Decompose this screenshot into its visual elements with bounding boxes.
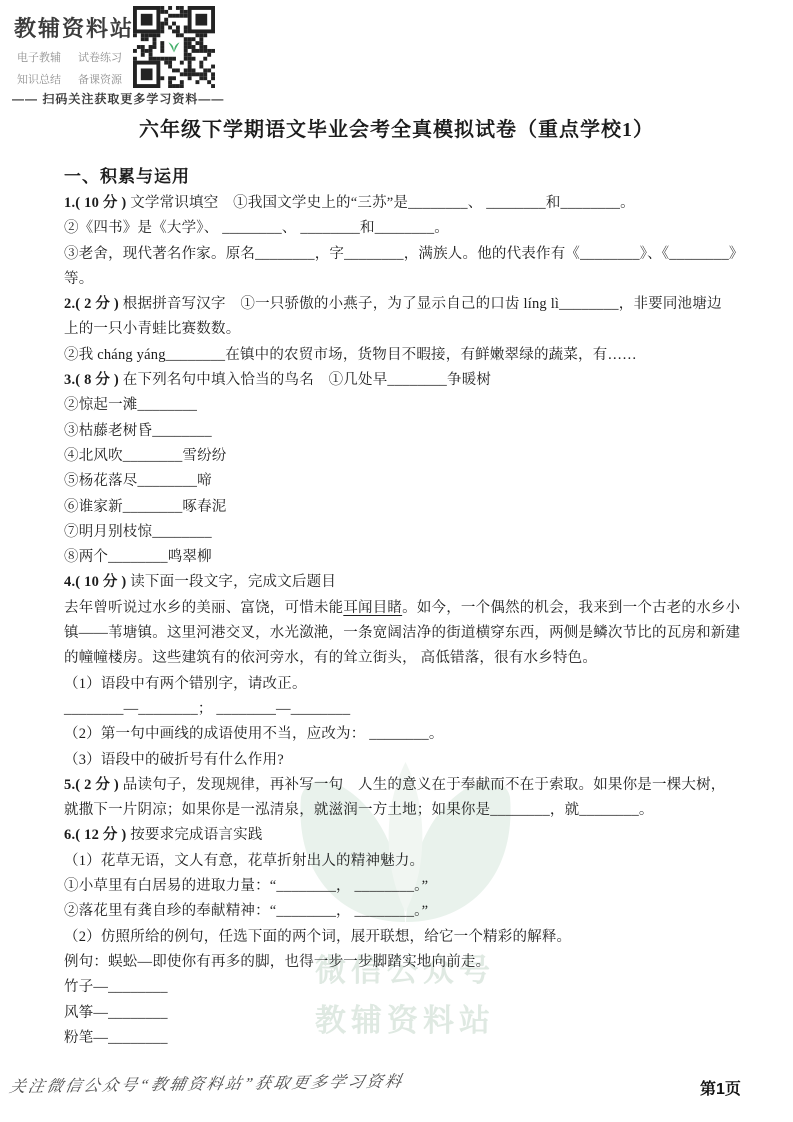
exam-line: ⑧两个________鸣翠柳 xyxy=(64,545,754,570)
text-segment: （1）语段中有两个错别字，请改正。 xyxy=(64,676,307,692)
exam-line: （2）仿照所给的例句，任选下面的两个词，展开联想，给它一个精彩的解释。 xyxy=(64,925,754,950)
section-heading: 一、积累与运用 xyxy=(64,162,190,187)
text-segment: 的幢幢楼房。这些建筑有的依河旁水，有的耸立街头， 高低错落，很有水乡特色。 xyxy=(64,650,597,666)
exam-line: ①小草里有白居易的进取力量：“________， ________。” xyxy=(64,874,754,899)
text-segment: ①小草里有白居易的进取力量：“________， ________。” xyxy=(64,878,428,894)
exam-line: （1）语段中有两个错别字，请改正。 xyxy=(64,672,754,697)
text-segment: ②《四书》是《大学》、 ________、 ________和________。 xyxy=(64,220,449,236)
brand-tag: 试卷练习 xyxy=(78,49,122,65)
text-segment: 。如今，一个偶然的机会，我来到一个古老的水乡小 xyxy=(402,600,740,616)
text-segment: 3.( 8 分 ) xyxy=(64,372,123,388)
text-segment: 镇——苇塘镇。这里河港交叉，水光潋滟，一条宽阔洁净的街道横穿东西，两侧是鳞次节比… xyxy=(64,625,740,641)
text-segment: ⑧两个________鸣翠柳 xyxy=(64,549,212,565)
text-segment: 5.( 2 分 ) xyxy=(64,777,123,793)
text-segment: 粉笔—________ xyxy=(64,1030,168,1046)
scan-tagline: —— 扫码关注获取更多学习资料—— xyxy=(12,90,224,107)
text-segment: 6.( 12 分 ) xyxy=(64,827,130,843)
brand-tag: 电子教辅 xyxy=(17,49,61,65)
underlined-phrase: 耳闻目睹 xyxy=(343,600,402,616)
text-segment: 文学常识填空 ①我国文学史上的“三苏”是________、 ________和_… xyxy=(130,195,635,211)
text-segment: 4.( 10 分 ) xyxy=(64,574,130,590)
text-segment: （2）第一句中画线的成语使用不当，应改为： ________。 xyxy=(64,726,444,742)
text-segment: （3）语段中的破折号有什么作用? xyxy=(64,752,284,768)
text-segment: 上的一只小青蛙比赛数数。 xyxy=(64,321,240,337)
exam-line: ④北风吹________雪纷纷 xyxy=(64,444,754,469)
exam-line: ③老舍，现代著名作家。原名________，字________，满族人。他的代表… xyxy=(64,242,754,267)
exam-line: 2.( 2 分 ) 根据拼音写汉字 ①一只骄傲的小燕子，为了显示自己的口齿 lí… xyxy=(64,292,754,317)
text-segment: 等。 xyxy=(64,271,93,287)
exam-body: 1.( 10 分 ) 文学常识填空 ①我国文学史上的“三苏”是________、… xyxy=(64,191,754,1051)
exam-line: 上的一只小青蛙比赛数数。 xyxy=(64,317,754,342)
exam-line: 去年曾听说过水乡的美丽、富饶，可惜未能耳闻目睹。如今，一个偶然的机会，我来到一个… xyxy=(64,596,754,621)
brand-logo-text: 教辅资料站 xyxy=(14,12,134,43)
text-segment: ⑥谁家新________啄春泥 xyxy=(64,499,227,515)
qr-code-icon xyxy=(133,6,215,88)
text-segment: 就撒下一片阴凉；如果你是一泓清泉，就滋润一方土地；如果你是________，就_… xyxy=(64,802,654,818)
text-segment: 竹子—________ xyxy=(64,979,168,995)
text-segment: ②惊起一滩________ xyxy=(64,397,197,413)
text-segment: ________—________； ________—________ xyxy=(64,701,350,717)
exam-line: ⑤杨花落尽________啼 xyxy=(64,469,754,494)
footer-note: 关注微信公众号“教辅资料站”获取更多学习资料 xyxy=(8,1069,407,1097)
exam-line: 5.( 2 分 ) 品读句子，发现规律，再补写一句 人生的意义在于奉献而不在于索… xyxy=(64,773,754,798)
exam-line: 例句：蜈蚣—即使你有再多的脚，也得一步一步脚踏实地向前走。 xyxy=(64,950,754,975)
exam-line: 4.( 10 分 ) 读下面一段文字，完成文后题目 xyxy=(64,570,754,595)
exam-line: 风筝—________ xyxy=(64,1001,754,1026)
exam-line: （1）花草无语，文人有意，花草折射出人的精神魅力。 xyxy=(64,849,754,874)
text-segment: （2）仿照所给的例句，任选下面的两个词，展开联想，给它一个精彩的解释。 xyxy=(64,929,571,945)
exam-line: ②我 cháng yáng________在镇中的农贸市场，货物目不暇接，有鲜嫩… xyxy=(64,343,754,368)
exam-line: （2）第一句中画线的成语使用不当，应改为： ________。 xyxy=(64,722,754,747)
brand-tag: 知识总结 xyxy=(17,71,61,87)
text-segment: ④北风吹________雪纷纷 xyxy=(64,448,227,464)
exam-line: 竹子—________ xyxy=(64,975,754,1000)
exam-line: ________—________； ________—________ xyxy=(64,697,754,722)
text-segment: 风筝—________ xyxy=(64,1005,168,1021)
exam-line: ②惊起一滩________ xyxy=(64,393,754,418)
text-segment: 根据拼音写汉字 ①一只骄傲的小燕子，为了显示自己的口齿 líng lì_____… xyxy=(123,296,722,312)
page-number: 第1页 xyxy=(700,1076,741,1099)
text-segment: 在下列名句中填入恰当的鸟名 ①几处早________争暖树 xyxy=(123,372,491,388)
brand-tag: 备课资源 xyxy=(78,71,122,87)
text-segment: 读下面一段文字，完成文后题目 xyxy=(130,574,336,590)
exam-line: 等。 xyxy=(64,267,754,292)
exam-line: 就撒下一片阴凉；如果你是一泓清泉，就滋润一方土地；如果你是________，就_… xyxy=(64,798,754,823)
exam-title: 六年级下学期语文毕业会考全真模拟试卷（重点学校1） xyxy=(0,113,793,142)
exam-line: ⑦明月别枝惊________ xyxy=(64,520,754,545)
exam-line: ②《四书》是《大学》、 ________、 ________和________。 xyxy=(64,216,754,241)
exam-line: 1.( 10 分 ) 文学常识填空 ①我国文学史上的“三苏”是________、… xyxy=(64,191,754,216)
text-segment: ③老舍，现代著名作家。原名________，字________，满族人。他的代表… xyxy=(64,246,744,262)
exam-line: 的幢幢楼房。这些建筑有的依河旁水，有的耸立街头， 高低错落，很有水乡特色。 xyxy=(64,646,754,671)
exam-line: 粉笔—________ xyxy=(64,1026,754,1051)
text-segment: 品读句子，发现规律，再补写一句 人生的意义在于奉献而不在于索取。如果你是一棵大树… xyxy=(123,777,726,793)
exam-line: 6.( 12 分 ) 按要求完成语言实践 xyxy=(64,823,754,848)
text-segment: ⑤杨花落尽________啼 xyxy=(64,473,212,489)
exam-line: ②落花里有龚自珍的奉献精神：“________， ________。” xyxy=(64,899,754,924)
text-segment: 2.( 2 分 ) xyxy=(64,296,123,312)
text-segment: ②落花里有龚自珍的奉献精神：“________， ________。” xyxy=(64,903,428,919)
exam-line: （3）语段中的破折号有什么作用? xyxy=(64,748,754,773)
text-segment: （1）花草无语，文人有意，花草折射出人的精神魅力。 xyxy=(64,853,424,869)
exam-line: 镇——苇塘镇。这里河港交叉，水光潋滟，一条宽阔洁净的街道横穿东西，两侧是鳞次节比… xyxy=(64,621,754,646)
text-segment: ③枯藤老树昏________ xyxy=(64,423,212,439)
text-segment: ②我 cháng yáng________在镇中的农贸市场，货物目不暇接，有鲜嫩… xyxy=(64,347,637,363)
exam-line: 3.( 8 分 ) 在下列名句中填入恰当的鸟名 ①几处早________争暖树 xyxy=(64,368,754,393)
text-segment: 1.( 10 分 ) xyxy=(64,195,130,211)
exam-line: ⑥谁家新________啄春泥 xyxy=(64,495,754,520)
text-segment: ⑦明月别枝惊________ xyxy=(64,524,212,540)
text-segment: 去年曾听说过水乡的美丽、富饶，可惜未能 xyxy=(64,600,343,616)
exam-line: ③枯藤老树昏________ xyxy=(64,419,754,444)
exam-page: 教辅资料站 电子教辅 试卷练习 知识总结 备课资源 —— 扫码关注获取更多学习资… xyxy=(0,0,793,1122)
text-segment: 例句：蜈蚣—即使你有再多的脚，也得一步一步脚踏实地向前走。 xyxy=(64,954,490,970)
brand-tag-list: 电子教辅 试卷练习 知识总结 备课资源 xyxy=(17,49,122,87)
text-segment: 按要求完成语言实践 xyxy=(130,827,262,843)
